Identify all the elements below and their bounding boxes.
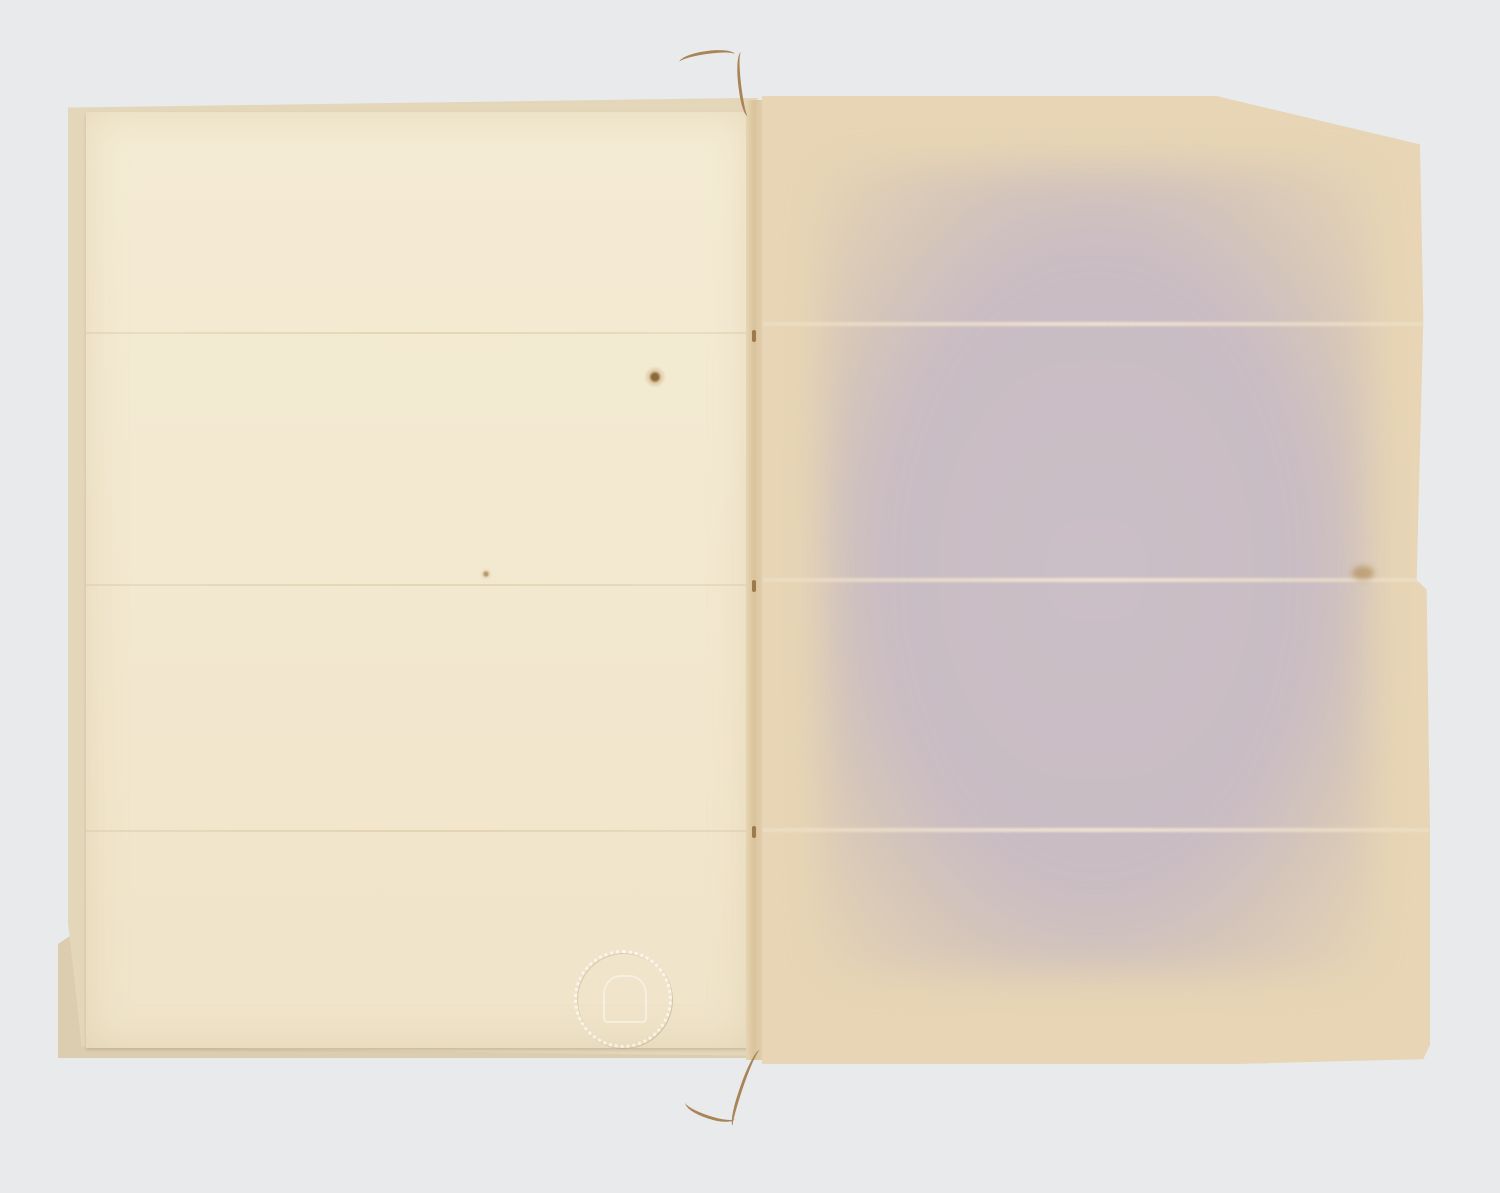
stain [1352, 566, 1374, 580]
right-page [762, 96, 1430, 1064]
foxing-spot [480, 568, 492, 580]
fold-line [86, 584, 750, 586]
left-page [86, 112, 750, 1048]
stitch-hole [752, 330, 756, 342]
fold-line [762, 322, 1430, 326]
foxing-spot [644, 366, 666, 388]
fold-line [762, 828, 1430, 832]
stitch-hole [752, 580, 756, 592]
embossed-seal-icon [574, 950, 672, 1048]
fold-line [86, 830, 750, 832]
stitch-hole [752, 826, 756, 838]
photo-scene [0, 0, 1500, 1193]
fold-line [86, 332, 750, 334]
purple-tint [822, 166, 1370, 974]
fold-line [762, 578, 1430, 582]
